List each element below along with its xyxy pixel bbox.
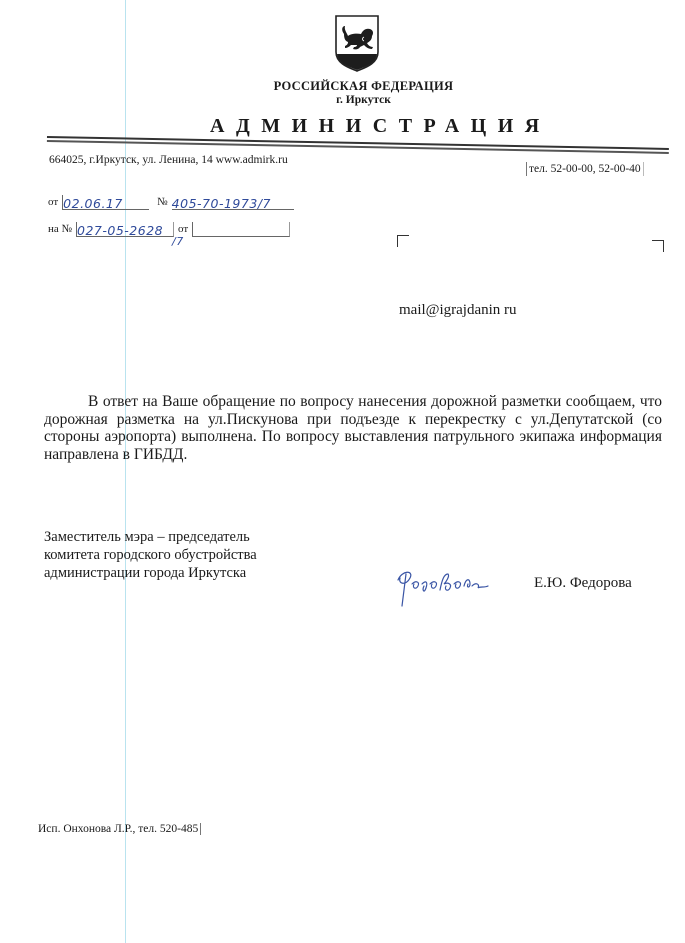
position-line-2: комитета городского обустройства bbox=[44, 546, 257, 564]
number-value: 405-70-1973/7 bbox=[172, 196, 271, 211]
handwritten-signature bbox=[392, 566, 492, 617]
ref-number-value: 027-05-2628 bbox=[77, 223, 163, 238]
number-field: 405-70-1973/7 bbox=[172, 195, 294, 210]
signatory-position: Заместитель мэра – председатель комитета… bbox=[44, 528, 257, 582]
recipient-email: mail@igrajdanin ru bbox=[399, 302, 517, 319]
phone-line: тел. 52-00-00, 52-00-40 bbox=[526, 162, 644, 176]
executor-text: Исп. Онхонова Л.Р., тел. 520-485 bbox=[38, 823, 201, 835]
registration-row-2: на № 027-05-2628 от bbox=[48, 219, 290, 237]
date-label: от bbox=[48, 196, 58, 208]
organization-title: АДМИНИСТРАЦИЯ bbox=[210, 115, 551, 138]
position-line-3: администрации города Иркутска bbox=[44, 564, 257, 582]
ref-date-label: от bbox=[178, 223, 188, 235]
letter-body: В ответ на Ваше обращение по вопросу нан… bbox=[44, 393, 662, 463]
number-label: № bbox=[157, 196, 168, 208]
city-heading: г. Иркутск bbox=[0, 94, 685, 106]
country-heading: РОССИЙСКАЯ ФЕДЕРАЦИЯ bbox=[0, 79, 685, 94]
address-block-corner-left bbox=[397, 235, 409, 247]
date-field: 02.06.17 bbox=[62, 195, 149, 210]
header-divider bbox=[47, 136, 669, 154]
body-paragraph: В ответ на Ваше обращение по вопросу нан… bbox=[44, 393, 662, 463]
ref-date-field bbox=[192, 222, 290, 237]
address-line: 664025, г.Иркутск, ул. Ленина, 14 www.ad… bbox=[49, 154, 288, 166]
date-value: 02.06.17 bbox=[63, 196, 123, 211]
coat-of-arms-icon bbox=[334, 14, 380, 72]
registration-row-1: от 02.06.17 № 405-70-1973/7 bbox=[48, 192, 294, 210]
signer-name: Е.Ю. Федорова bbox=[534, 575, 632, 592]
position-line-1: Заместитель мэра – председатель bbox=[44, 528, 257, 546]
ref-number-field: 027-05-2628 bbox=[76, 222, 174, 237]
executor-line: Исп. Онхонова Л.Р., тел. 520-485 bbox=[38, 823, 201, 835]
ref-number-suffix: /7 bbox=[172, 235, 184, 248]
ref-label: на № bbox=[48, 223, 72, 235]
address-block-corner-right bbox=[652, 240, 664, 252]
